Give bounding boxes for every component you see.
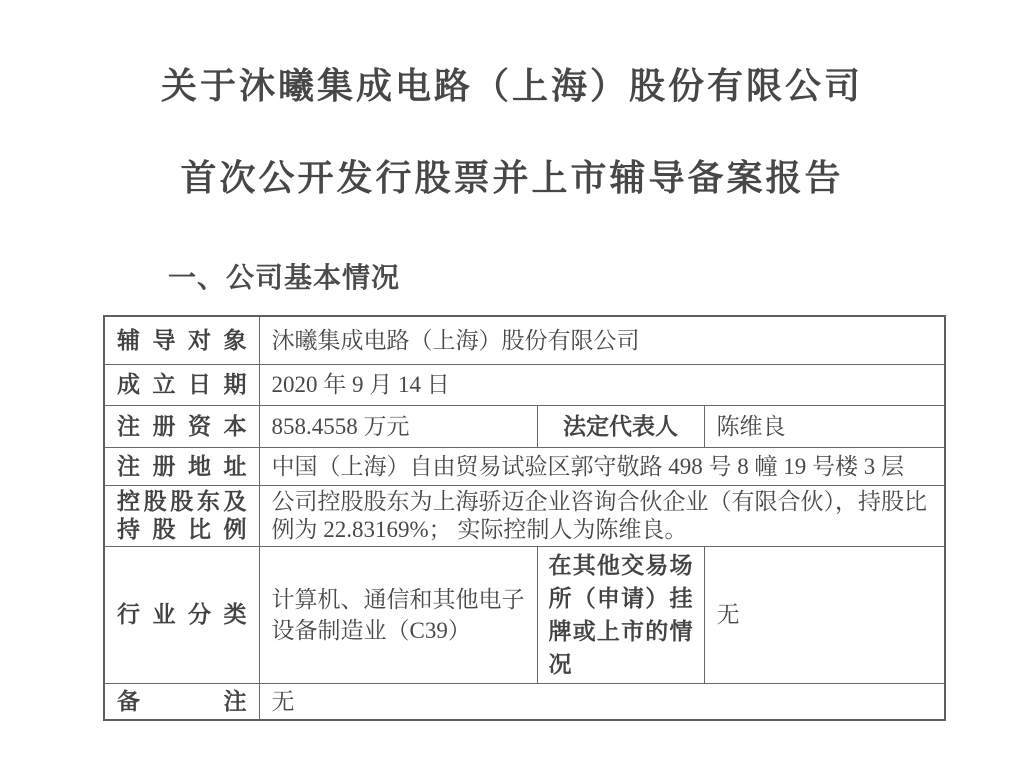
section-heading: 一、公司基本情况 <box>168 256 1024 296</box>
table-row: 注册地址 中国（上海）自由贸易试验区郭守敬路 498 号 8 幢 19 号楼 3… <box>104 447 945 485</box>
row-label-registered-capital: 注册资本 <box>104 405 259 447</box>
table-row: 控股股东及 持股比例 公司控股股东为上海骄迈企业咨询合伙企业（有限合伙），持股比… <box>104 485 945 546</box>
table-row: 辅导对象 沐曦集成电路（上海）股份有限公司 <box>104 316 945 364</box>
row-value-registered-address: 中国（上海）自由贸易试验区郭守敬路 498 号 8 幢 19 号楼 3 层 <box>259 447 945 485</box>
row-value-establishment-date: 2020 年 9 月 14 日 <box>259 364 945 405</box>
table-row: 行业分类 计算机、通信和其他电子设备制造业（C39） 在其他交易场所（申请）挂牌… <box>104 546 945 683</box>
row-label-establishment-date: 成立日期 <box>104 364 259 405</box>
row-label-guidance-target: 辅导对象 <box>104 316 259 364</box>
document-title-line1: 关于沐曦集成电路（上海）股份有限公司 <box>0 0 1024 108</box>
row-label-remarks: 备注 <box>104 683 259 720</box>
document-page: 关于沐曦集成电路（上海）股份有限公司 首次公开发行股票并上市辅导备案报告 一、公… <box>0 0 1024 769</box>
table-row: 注册资本 858.4558 万元 法定代表人 陈维良 <box>104 405 945 447</box>
document-title-line2: 首次公开发行股票并上市辅导备案报告 <box>0 156 1024 200</box>
row-value-registered-capital: 858.4558 万元 <box>259 405 537 447</box>
row-value-legal-representative: 陈维良 <box>704 405 945 447</box>
row-value-remarks: 无 <box>259 683 945 720</box>
row-label-legal-representative: 法定代表人 <box>537 405 704 447</box>
table-row: 成立日期 2020 年 9 月 14 日 <box>104 364 945 405</box>
row-value-industry-classification: 计算机、通信和其他电子设备制造业（C39） <box>259 546 537 683</box>
row-label-registered-address: 注册地址 <box>104 447 259 485</box>
row-value-guidance-target: 沐曦集成电路（上海）股份有限公司 <box>259 316 945 364</box>
row-value-controlling-shareholder: 公司控股股东为上海骄迈企业咨询合伙企业（有限合伙），持股比例为 22.83169… <box>259 485 945 546</box>
row-label-controlling-shareholder: 控股股东及 持股比例 <box>104 485 259 546</box>
row-label-industry-classification: 行业分类 <box>104 546 259 683</box>
row-value-other-listing-status: 无 <box>704 546 945 683</box>
table-row: 备注 无 <box>104 683 945 720</box>
company-info-table: 辅导对象 沐曦集成电路（上海）股份有限公司 成立日期 2020 年 9 月 14… <box>103 315 946 721</box>
row-label-other-listing-status: 在其他交易场所（申请）挂牌或上市的情况 <box>537 546 704 683</box>
